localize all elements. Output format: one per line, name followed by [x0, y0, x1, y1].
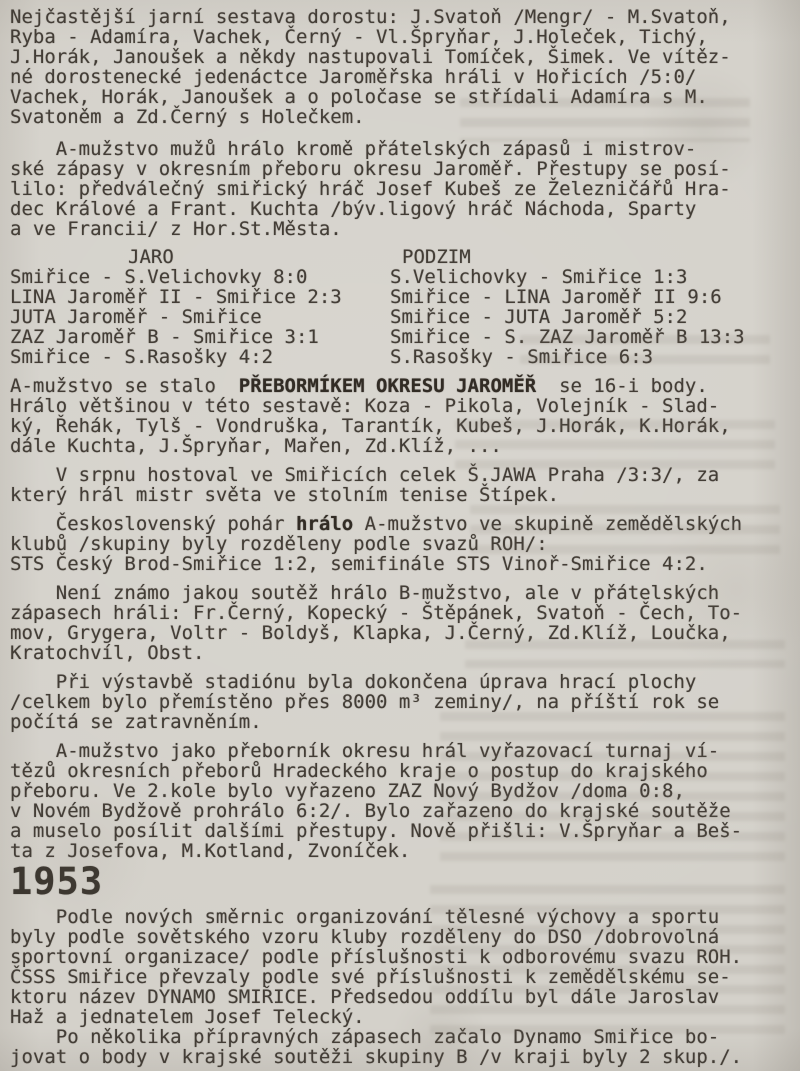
text-line: Svatoněm a Zd.Černý s Holečkem. [10, 107, 800, 127]
match-result: Smiřice - S.Rasošky 4:2 [10, 347, 390, 367]
emphasized-word: hrálo [296, 513, 353, 535]
text-line: A-mužstvo mužů hrálo kromě přátelských z… [10, 139, 800, 159]
match-result: Smiřice - LINA Jaroměř II 9:6 [390, 287, 800, 307]
text-line: Není známo jakou soutěž hrálo B-mužstvo,… [10, 583, 800, 603]
match-result: S.Velichovky - Smiřice 1:3 [390, 267, 800, 287]
paragraph-a-team-transfers: A-mužstvo mužů hrálo kromě přátelských z… [10, 139, 800, 239]
text-line: Po několika přípravných zápasech začalo … [10, 1027, 800, 1047]
text-line: Podle nových směrnic organizování tělesn… [10, 907, 800, 927]
text-line: STS Český Brod-Smiřice 1:2, semifinále S… [10, 554, 800, 574]
text-line: ký, Řehák, Tylš - Vondruška, Tarantík, K… [10, 416, 800, 436]
text-line: počítá se zatravněním. [10, 712, 800, 732]
paragraph-continuation: klubů /skupiny byly rozděleny podle svaz… [10, 534, 800, 574]
text-line: Československý pohár hrálo A-mužstvo ve … [10, 514, 800, 534]
table-header-podzim: PODZIM [390, 247, 800, 267]
text-line: V srpnu hostoval ve Smiřicích celek Š.JA… [10, 465, 800, 485]
text-line: který hrál mistr světa ve stolním tenise… [10, 485, 800, 505]
text-line: Vachek, Horák, Janoušek a o poločase se … [10, 87, 800, 107]
text-line: tězů okresních přeborů Hradeckého kraje … [10, 761, 800, 781]
match-result: Smiřice - S.Velichovky 8:0 [10, 267, 390, 287]
paragraph-promotion-tournament: A-mužstvo jako přeborník okresu hrál vyř… [10, 741, 800, 861]
text-line: Kratochvíl, Obst. [10, 643, 800, 663]
paragraph-czechoslovak-cup: Československý pohár hrálo A-mužstvo ve … [10, 514, 800, 574]
text-segment: Československý pohár [10, 513, 296, 535]
year-heading: 1953 [10, 861, 800, 903]
table-row: Smiřice - S.Rasošky 4:2 S.Rasošky - Smiř… [10, 347, 800, 367]
text-line: mov, Grygera, Voltr - Boldyš, Klapka, J.… [10, 623, 800, 643]
text-line: dále Kuchta, J.Špryňar, Mařen, Zd.Klíž, … [10, 436, 800, 456]
text-segment: A-mužstvo ve skupině zemědělských [353, 513, 742, 535]
text-line: přeboru. Ve 2.kole bylo vyřazeno ZAZ Nov… [10, 781, 800, 801]
text-line: klubů /skupiny byly rozděleny podle svaz… [10, 534, 800, 554]
text-line: A-mužstvo jako přeborník okresu hrál vyř… [10, 741, 800, 761]
text-line: ČSSS Smiřice převzaly podle své příslušn… [10, 967, 800, 987]
match-result: S.Rasošky - Smiřice 6:3 [390, 347, 800, 367]
text-line: né dorostenecké jedenáctce Jaroměřska hr… [10, 67, 800, 87]
match-result: JUTA Jaroměř - Smiřice [10, 307, 390, 327]
text-line: A-mužstvo se stalo PŘEBORMÍKEM OKRESU JA… [10, 376, 800, 396]
text-line: sportovní organizace/ podle příslušnosti… [10, 947, 800, 967]
text-line: dec Králové a Frant. Kuchta /býv.ligový … [10, 199, 800, 219]
paragraph-jawa-visit: V srpnu hostoval ve Smiřicích celek Š.JA… [10, 465, 800, 505]
text-line: Ryba - Adamíra, Vachek, Černý - Vl.Špryň… [10, 27, 800, 47]
results-table: JARO PODZIM Smiřice - S.Velichovky 8:0 S… [10, 247, 800, 367]
text-line: Haž a jednatelem Josef Telecký. [10, 1007, 800, 1027]
table-row: Smiřice - S.Velichovky 8:0 S.Velichovky … [10, 267, 800, 287]
emphasized-title: PŘEBORMÍKEM OKRESU JAROMĚŘ [239, 375, 536, 397]
paragraph-continuation: Hrálo většinou v této sestavě: Koza - Pi… [10, 396, 800, 456]
table-row: ZAZ Jaroměř B - Smiřice 3:1 Smiřice - S.… [10, 327, 800, 347]
text-line: Při výstavbě stadiónu byla dokončena úpr… [10, 672, 800, 692]
text-line: a ve Francii/ z Hor.St.Města. [10, 219, 800, 239]
text-line: Nejčastější jarní sestava dorostu: J.Sva… [10, 7, 800, 27]
match-result: ZAZ Jaroměř B - Smiřice 3:1 [10, 327, 390, 347]
scanned-typewritten-page: Nejčastější jarní sestava dorostu: J.Sva… [0, 0, 800, 1071]
table-row: LINA Jaroměř II - Smiřice 2:3 Smiřice - … [10, 287, 800, 307]
text-line: a muselo posílit dalšími přestupy. Nově … [10, 821, 800, 841]
paragraph-dso-reorganization: Podle nových směrnic organizování tělesn… [10, 907, 800, 1027]
text-line: ta z Josefova, M.Kotland, Zvoníček. [10, 841, 800, 861]
text-line: jovat o body v krajské soutěži skupiny B… [10, 1047, 800, 1067]
match-result: Smiřice - JUTA Jaroměř 5:2 [390, 307, 800, 327]
text-segment: A-mužstvo se stalo [10, 375, 239, 397]
text-line: /celkem bylo přemístěno přes 8000 m³ zem… [10, 692, 800, 712]
match-result: Smiřice - S. ZAZ Jaroměř B 13:3 [390, 327, 800, 347]
match-result: LINA Jaroměř II - Smiřice 2:3 [10, 287, 390, 307]
text-line: J.Horák, Janoušek a někdy nastupovali To… [10, 47, 800, 67]
paragraph-district-champion: A-mužstvo se stalo PŘEBORMÍKEM OKRESU JA… [10, 376, 800, 456]
table-row: JUTA Jaroměř - Smiřice Smiřice - JUTA Ja… [10, 307, 800, 327]
paragraph-b-team: Není známo jakou soutěž hrálo B-mužstvo,… [10, 583, 800, 663]
text-line: ské zápasy v okresním přeboru okresu Jar… [10, 159, 800, 179]
text-line: lilo: předválečný smiřický hráč Josef Ku… [10, 179, 800, 199]
results-table-header-row: JARO PODZIM [10, 247, 800, 267]
text-line: v Novém Bydžově prohrálo 6:2/. Bylo zařa… [10, 801, 800, 821]
text-line: zápasech hráli: Fr.Černý, Kopecký - Štěp… [10, 603, 800, 623]
paragraph-dorost-lineup: Nejčastější jarní sestava dorostu: J.Sva… [10, 7, 800, 127]
paragraph-dynamo-season-start: Po několika přípravných zápasech začalo … [10, 1027, 800, 1067]
table-header-jaro: JARO [10, 247, 390, 267]
text-line: ktoru název DYNAMO SMIŘICE. Předsedou od… [10, 987, 800, 1007]
text-segment: se 16-i body. [536, 375, 708, 397]
paragraph-stadium-construction: Při výstavbě stadiónu byla dokončena úpr… [10, 672, 800, 732]
text-line: byly podle sovětského vzoru kluby rozděl… [10, 927, 800, 947]
text-line: Hrálo většinou v této sestavě: Koza - Pi… [10, 396, 800, 416]
